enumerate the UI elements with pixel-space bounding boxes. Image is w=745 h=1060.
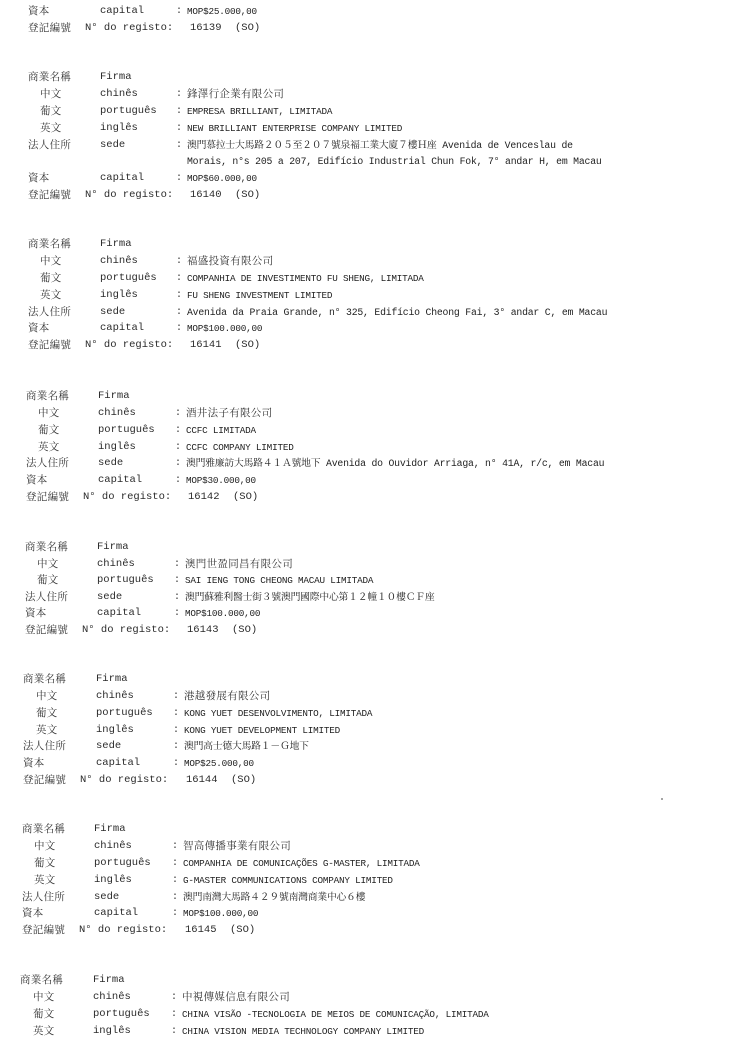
registo-number: 16145	[185, 922, 217, 939]
ingles-name-value: CCFC COMPANY LIMITED	[186, 439, 294, 456]
colon: :	[176, 253, 182, 270]
colon: :	[171, 1023, 177, 1040]
capital-value: MOP$30.000,00	[186, 472, 256, 489]
colon: :	[176, 86, 182, 103]
colon: :	[172, 855, 178, 872]
sede-label-pt: sede	[97, 589, 122, 606]
portugues-label-pt: português	[100, 270, 157, 287]
capital-value: MOP$25.000,00	[187, 3, 257, 20]
ingles-label-pt: inglês	[100, 120, 138, 137]
registo-suffix: (SO)	[235, 20, 260, 37]
colon: :	[174, 572, 180, 589]
sede-value-line1: 澳門慕拉士大馬路２０５至２０７號泉福工業大廈７樓Ｈ座 Avenida de Ve…	[187, 137, 573, 154]
capital-value: MOP$100.000,00	[185, 605, 260, 622]
ingles-label-pt: inglês	[96, 722, 134, 739]
capital-label-pt: capital	[97, 605, 141, 622]
firma-label-pt: Firma	[97, 539, 129, 556]
colon: :	[176, 137, 182, 154]
colon: :	[172, 889, 178, 906]
colon: :	[173, 738, 179, 755]
portugues-label-zh: 葡文	[40, 270, 62, 287]
chines-name-value: 中視傳媒信息有限公司	[182, 989, 290, 1006]
chines-name-value: 酒井法子有限公司	[186, 405, 272, 422]
registo-label-pt: N° do registo:	[83, 489, 171, 506]
colon: :	[173, 755, 179, 772]
chines-label-zh: 中文	[36, 688, 58, 705]
colon: :	[176, 120, 182, 137]
colon: :	[171, 1006, 177, 1023]
firma-label-pt: Firma	[93, 972, 125, 989]
capital-label-zh: 資本	[22, 905, 44, 922]
colon: :	[175, 405, 181, 422]
capital-label-zh: 資本	[28, 170, 50, 187]
firma-label-zh: 商業名稱	[28, 69, 71, 86]
registo-label-zh: 登記編號	[22, 922, 65, 939]
sede-value-line1: 澳門南灣大馬路４２９號南灣商業中心６樓	[183, 889, 365, 906]
ingles-label-zh: 英文	[34, 872, 56, 889]
ingles-label-zh: 英文	[38, 439, 60, 456]
registo-label-zh: 登記編號	[28, 20, 71, 37]
sede-label-pt: sede	[100, 304, 125, 321]
capital-label-pt: capital	[100, 3, 144, 20]
colon: :	[176, 304, 182, 321]
registo-suffix: (SO)	[233, 489, 258, 506]
firma-label-zh: 商業名稱	[20, 972, 63, 989]
chines-name-value: 福盛投資有限公司	[187, 253, 273, 270]
chines-name-value: 鋒澤行企業有限公司	[187, 86, 284, 103]
portugues-label-zh: 葡文	[37, 572, 59, 589]
sede-label-zh: 法人住所	[28, 304, 71, 321]
capital-label-pt: capital	[94, 905, 138, 922]
sede-label-pt: sede	[96, 738, 121, 755]
chines-name-value: 智高傳播事業有限公司	[183, 838, 291, 855]
ingles-name-value: KONG YUET DEVELOPMENT LIMITED	[184, 722, 340, 739]
sede-value-line1: 澳門雅廉訪大馬路４１Ａ號地下 Avenida do Ouvidor Arriag…	[186, 455, 604, 472]
firma-label-pt: Firma	[100, 69, 132, 86]
colon: :	[173, 688, 179, 705]
ingles-name-value: NEW BRILLIANT ENTERPRISE COMPANY LIMITED	[187, 120, 402, 137]
capital-label-zh: 資本	[28, 3, 50, 20]
registo-number: 16144	[186, 772, 218, 789]
chines-label-pt: chinês	[93, 989, 131, 1006]
firma-label-zh: 商業名稱	[28, 236, 71, 253]
colon: :	[174, 556, 180, 573]
portugues-label-zh: 葡文	[40, 103, 62, 120]
registo-number: 16140	[190, 187, 222, 204]
registo-number: 16141	[190, 337, 222, 354]
capital-label-pt: capital	[100, 320, 144, 337]
registo-label-zh: 登記編號	[26, 489, 69, 506]
capital-label-pt: capital	[100, 170, 144, 187]
capital-label-pt: capital	[98, 472, 142, 489]
registo-label-pt: N° do registo:	[85, 337, 173, 354]
chines-label-zh: 中文	[40, 253, 62, 270]
colon: :	[172, 905, 178, 922]
chines-label-zh: 中文	[40, 86, 62, 103]
capital-value: MOP$100.000,00	[187, 320, 262, 337]
ingles-name-value: G-MASTER COMMUNICATIONS COMPANY LIMITED	[183, 872, 393, 889]
registo-label-pt: N° do registo:	[79, 922, 167, 939]
registo-suffix: (SO)	[231, 772, 256, 789]
chines-label-pt: chinês	[96, 688, 134, 705]
capital-label-zh: 資本	[28, 320, 50, 337]
ingles-label-zh: 英文	[40, 120, 62, 137]
colon: :	[171, 989, 177, 1006]
registo-label-pt: N° do registo:	[85, 187, 173, 204]
sede-value-line2: Morais, n°s 205 a 207, Edifício Industri…	[187, 153, 602, 170]
scan-speck	[661, 798, 663, 800]
capital-label-zh: 資本	[23, 755, 45, 772]
ingles-label-pt: inglês	[100, 287, 138, 304]
colon: :	[172, 838, 178, 855]
colon: :	[176, 270, 182, 287]
colon: :	[176, 103, 182, 120]
portugues-label-zh: 葡文	[34, 855, 56, 872]
registo-number: 16143	[187, 622, 219, 639]
portugues-name-value: KONG YUET DESENVOLVIMENTO, LIMITADA	[184, 705, 372, 722]
colon: :	[175, 439, 181, 456]
colon: :	[175, 472, 181, 489]
registo-label-pt: N° do registo:	[85, 20, 173, 37]
sede-label-zh: 法人住所	[26, 455, 69, 472]
registo-label-zh: 登記編號	[28, 187, 71, 204]
capital-value: MOP$60.000,00	[187, 170, 257, 187]
colon: :	[172, 872, 178, 889]
registo-label-zh: 登記編號	[28, 337, 71, 354]
sede-value-line1: Avenida da Praia Grande, n° 325, Edifíci…	[187, 304, 607, 321]
ingles-label-pt: inglês	[94, 872, 132, 889]
ingles-name-value: CHINA VISION MEDIA TECHNOLOGY COMPANY LI…	[182, 1023, 424, 1040]
portugues-name-value: EMPRESA BRILLIANT, LIMITADA	[187, 103, 332, 120]
portugues-label-pt: português	[94, 855, 151, 872]
colon: :	[176, 3, 182, 20]
firma-label-pt: Firma	[96, 671, 128, 688]
portugues-label-pt: português	[97, 572, 154, 589]
portugues-label-pt: português	[96, 705, 153, 722]
sede-label-zh: 法人住所	[25, 589, 68, 606]
firma-label-zh: 商業名稱	[26, 388, 69, 405]
registo-number: 16142	[188, 489, 220, 506]
portugues-name-value: COMPANHIA DE COMUNICAÇÕES G-MASTER, LIMI…	[183, 855, 420, 872]
colon: :	[173, 722, 179, 739]
portugues-name-value: COMPANHIA DE INVESTIMENTO FU SHENG, LIMI…	[187, 270, 424, 287]
registo-number: 16139	[190, 20, 222, 37]
chines-name-value: 港越發展有限公司	[184, 688, 270, 705]
sede-value-line1: 澳門蘇雅利醫士街３號澳門國際中心第１２幢１０樓ＣＦ座	[185, 589, 435, 606]
ingles-label-zh: 英文	[40, 287, 62, 304]
colon: :	[176, 170, 182, 187]
capital-label-zh: 資本	[26, 472, 48, 489]
ingles-name-value: FU SHENG INVESTMENT LIMITED	[187, 287, 332, 304]
capital-value: MOP$100.000,00	[183, 905, 258, 922]
portugues-label-pt: português	[98, 422, 155, 439]
sede-label-zh: 法人住所	[28, 137, 71, 154]
chines-label-zh: 中文	[38, 405, 60, 422]
firma-label-zh: 商業名稱	[25, 539, 68, 556]
chines-label-pt: chinês	[100, 253, 138, 270]
firma-label-zh: 商業名稱	[22, 821, 65, 838]
registo-suffix: (SO)	[235, 337, 260, 354]
sede-label-pt: sede	[98, 455, 123, 472]
registry-page: 資本 capital : MOP$25.000,00 登記編號 N° do re…	[0, 0, 745, 1060]
portugues-label-zh: 葡文	[36, 705, 58, 722]
chines-label-pt: chinês	[94, 838, 132, 855]
chines-label-zh: 中文	[37, 556, 59, 573]
capital-label-zh: 資本	[25, 605, 47, 622]
ingles-label-pt: inglês	[93, 1023, 131, 1040]
registo-label-zh: 登記編號	[25, 622, 68, 639]
sede-label-zh: 法人住所	[22, 889, 65, 906]
ingles-label-pt: inglês	[98, 439, 136, 456]
capital-value: MOP$25.000,00	[184, 755, 254, 772]
firma-label-pt: Firma	[98, 388, 130, 405]
ingles-label-zh: 英文	[33, 1023, 55, 1040]
firma-label-pt: Firma	[94, 821, 126, 838]
portugues-name-value: CHINA VISÃO -TECNOLOGIA DE MEIOS DE COMU…	[182, 1006, 489, 1023]
chines-name-value: 澳門世盈同昌有限公司	[185, 556, 293, 573]
chines-label-zh: 中文	[33, 989, 55, 1006]
colon: :	[174, 589, 180, 606]
firma-label-zh: 商業名稱	[23, 671, 66, 688]
portugues-name-value: CCFC LIMITADA	[186, 422, 256, 439]
chines-label-pt: chinês	[97, 556, 135, 573]
colon: :	[174, 605, 180, 622]
registo-label-zh: 登記編號	[23, 772, 66, 789]
chines-label-zh: 中文	[34, 838, 56, 855]
firma-label-pt: Firma	[100, 236, 132, 253]
chines-label-pt: chinês	[98, 405, 136, 422]
sede-value-line1: 澳門高士德大馬路１－Ｇ地下	[184, 738, 309, 755]
sede-label-zh: 法人住所	[23, 738, 66, 755]
ingles-label-zh: 英文	[36, 722, 58, 739]
capital-label-pt: capital	[96, 755, 140, 772]
colon: :	[175, 422, 181, 439]
chines-label-pt: chinês	[100, 86, 138, 103]
colon: :	[176, 287, 182, 304]
registo-label-pt: N° do registo:	[80, 772, 168, 789]
registo-suffix: (SO)	[230, 922, 255, 939]
colon: :	[173, 705, 179, 722]
portugues-label-zh: 葡文	[38, 422, 60, 439]
registo-suffix: (SO)	[235, 187, 260, 204]
colon: :	[176, 320, 182, 337]
colon: :	[175, 455, 181, 472]
portugues-label-zh: 葡文	[33, 1006, 55, 1023]
sede-label-pt: sede	[94, 889, 119, 906]
portugues-label-pt: português	[100, 103, 157, 120]
registo-label-pt: N° do registo:	[82, 622, 170, 639]
portugues-name-value: SAI IENG TONG CHEONG MACAU LIMITADA	[185, 572, 373, 589]
registo-suffix: (SO)	[232, 622, 257, 639]
portugues-label-pt: português	[93, 1006, 150, 1023]
sede-label-pt: sede	[100, 137, 125, 154]
